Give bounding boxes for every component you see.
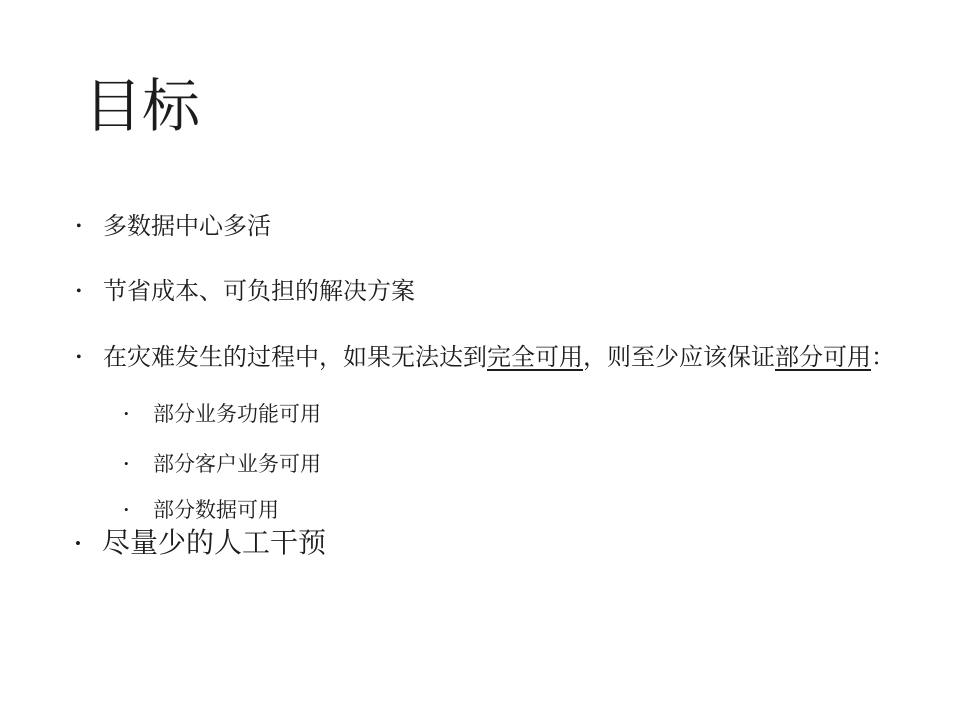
bullet-item-1: • 多数据中心多活 [72, 211, 271, 243]
sub-bullet-text: 部分业务功能可用 [153, 400, 321, 428]
bullet-item-4: • 尽量少的人工干预 [71, 526, 326, 562]
sub-bullet-text: 部分数据可用 [153, 496, 279, 524]
bullet-icon: • [118, 400, 153, 428]
bullet-text-segment: ： [871, 345, 895, 371]
bullet-text: 在灾难发生的过程中，如果无法达到完全可用，则至少应该保证部分可用： [103, 342, 895, 374]
sub-bullet-item-1: • 部分业务功能可用 [118, 400, 321, 428]
bullet-icon: • [72, 342, 103, 374]
bullet-item-2: • 节省成本、可负担的解决方案 [72, 276, 415, 308]
bullet-icon: • [72, 211, 103, 243]
bullet-text: 节省成本、可负担的解决方案 [103, 276, 415, 308]
sub-bullet-item-2: • 部分客户业务可用 [118, 450, 321, 478]
bullet-icon: • [118, 496, 153, 524]
bullet-icon: • [118, 450, 153, 478]
sub-bullet-text: 部分客户业务可用 [153, 450, 321, 478]
bullet-text: 多数据中心多活 [103, 211, 271, 243]
bullet-text-segment: 在灾难发生的过程中，如果无法达到 [103, 345, 487, 371]
sub-bullet-item-3: • 部分数据可用 [118, 496, 279, 524]
slide-title: 目标 [84, 70, 200, 144]
bullet-text-segment: ，则至少应该保证 [583, 345, 775, 371]
slide: 目标 • 多数据中心多活 • 节省成本、可负担的解决方案 • 在灾难发生的过程中… [0, 0, 960, 720]
bullet-icon: • [72, 276, 103, 308]
underlined-phrase-partial-availability: 部分可用 [775, 345, 871, 371]
underlined-phrase-full-availability: 完全可用 [487, 345, 583, 371]
bullet-icon: • [71, 526, 102, 562]
bullet-item-3: • 在灾难发生的过程中，如果无法达到完全可用，则至少应该保证部分可用： [72, 342, 895, 374]
bullet-text: 尽量少的人工干预 [102, 526, 326, 562]
